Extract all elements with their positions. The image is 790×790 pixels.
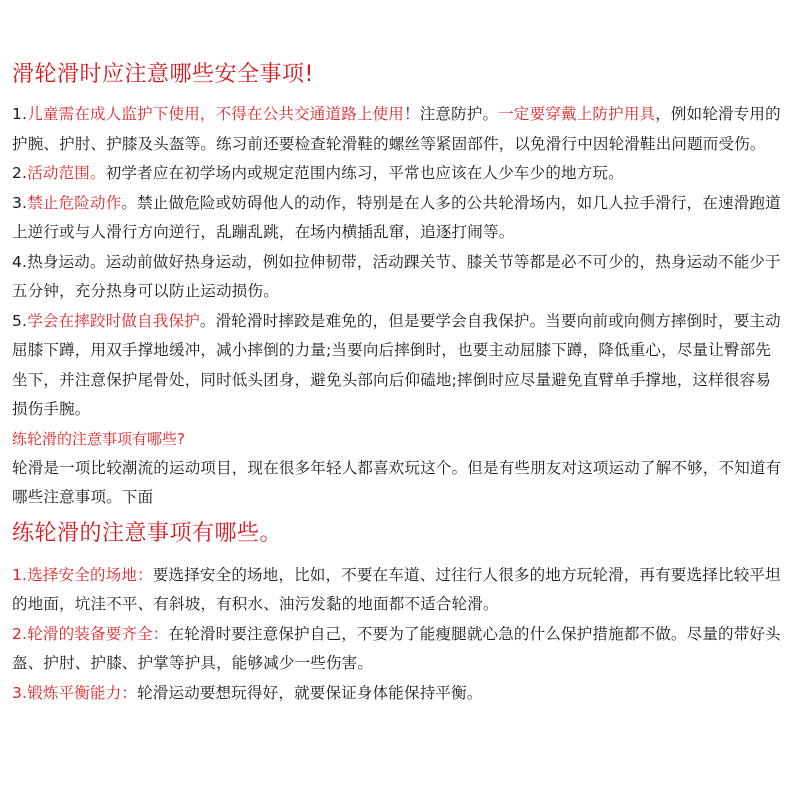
- advice-highlight: 轮滑的装备要齐全：: [27, 625, 168, 643]
- tip-item-1: 1.儿童需在成人监护下使用，不得在公共交通道路上使用！注意防护。一定要穿戴上防护…: [12, 100, 782, 159]
- tip-number: 1.: [12, 105, 27, 123]
- tip-highlight: 禁止危险动作: [27, 194, 121, 212]
- section-intro: 轮滑是一项比较潮流的运动项目，现在很多年轻人都喜欢玩这个。但是有些朋友对这项运动…: [12, 454, 782, 513]
- tip-number: 5.: [12, 312, 27, 330]
- tip-item-2: 2.活动范围。初学者应在初学场内或规定范围内练习，平常也应该在人少车少的地方玩。: [12, 159, 782, 189]
- section-title: 练轮滑的注意事项有哪些。: [12, 517, 782, 551]
- tip-number: 3.: [12, 194, 27, 212]
- tip-text: 初学者应在初学场内或规定范围内练习，平常也应该在人少车少的地方玩。: [106, 164, 624, 182]
- tip-text: ！注意防护。: [404, 105, 498, 123]
- section-question: 练轮滑的注意事项有哪些?: [12, 425, 782, 454]
- advice-item-1: 1.选择安全的场地：要选择安全的场地，比如，不要在车道、过往行人很多的地方玩轮滑…: [12, 561, 782, 620]
- tip-text: 热身运动。运动前做好热身运动，例如拉伸韧带，活动踝关节、膝关节等都是必不可少的，…: [12, 253, 781, 301]
- tip-number: 2.: [12, 164, 27, 182]
- article-title: 滑轮滑时应注意哪些安全事项!: [12, 58, 782, 92]
- advice-item-3: 3.锻炼平衡能力：轮滑运动要想玩得好，就要保证身体能保持平衡。: [12, 679, 782, 709]
- advice-item-2: 2.轮滑的装备要齐全：在轮滑时要注意保护自己，不要为了能瘦腿就心急的什么保护措施…: [12, 620, 782, 679]
- advice-number: 3.: [12, 684, 27, 702]
- advice-text: 轮滑运动要想玩得好，就要保证身体能保持平衡。: [137, 684, 482, 702]
- tip-text: 。禁止做危险或妨碍他人的动作，特别是在人多的公共轮滑场内，如几人拉手滑行，在速滑…: [12, 194, 781, 242]
- advice-number: 2.: [12, 625, 27, 643]
- tip-number: 4.: [12, 253, 27, 271]
- tip-item-5: 5.学会在摔跤时做自我保护。滑轮滑时摔跤是难免的，但是要学会自我保护。当要向前或…: [12, 307, 782, 425]
- tip-item-3: 3.禁止危险动作。禁止做危险或妨碍他人的动作，特别是在人多的公共轮滑场内，如几人…: [12, 189, 782, 248]
- tip-highlight: 活动范围。: [27, 164, 106, 182]
- article: 滑轮滑时应注意哪些安全事项! 1.儿童需在成人监护下使用，不得在公共交通道路上使…: [12, 58, 782, 708]
- tip-highlight: 学会在摔跤时做自我保护: [27, 312, 200, 330]
- tip-item-4: 4.热身运动。运动前做好热身运动，例如拉伸韧带，活动踝关节、膝关节等都是必不可少…: [12, 248, 782, 307]
- advice-highlight: 选择安全的场地：: [27, 566, 153, 584]
- advice-number: 1.: [12, 566, 27, 584]
- advice-highlight: 锻炼平衡能力：: [27, 684, 137, 702]
- tip-highlight: 儿童需在成人监护下使用，不得在公共交通道路上使用: [27, 105, 404, 123]
- tip-highlight-2: 一定要穿戴上防护用具: [498, 105, 655, 123]
